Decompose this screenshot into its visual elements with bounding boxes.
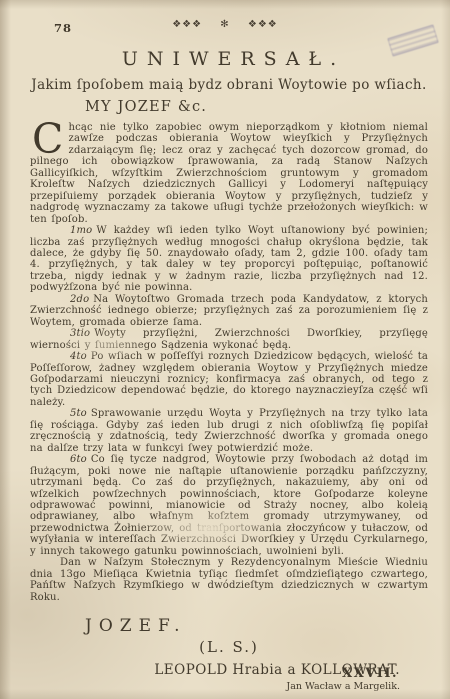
- article-4-ordinal: 4to: [70, 351, 87, 362]
- article-2: 2doNa Woytoſtwo Gromada trzech poda Kand…: [30, 294, 428, 328]
- article-3-ordinal: 3tio: [70, 328, 90, 339]
- article-2-ordinal: 2do: [70, 294, 89, 305]
- catalog-numeral: XXVII.: [342, 666, 398, 681]
- ornament-right-icon: ❖❖❖: [248, 19, 278, 30]
- article-2-text: Na Woytoſtwo Gromada trzech poda Kandyda…: [30, 294, 428, 328]
- article-1: 1moW każdey wſi ieden tylko Woyt uſtanow…: [30, 225, 428, 294]
- article-4: 4toPo wſiach w poſſeſſyi roznych Dziedzi…: [30, 351, 428, 408]
- header-ornament-row: ❖❖❖ ✻ ❖❖❖: [0, 19, 450, 30]
- article-5: 5toSprawowanie urzędu Woyta y Przyſiężny…: [30, 408, 428, 454]
- ornament-left-icon: ❖❖❖: [172, 19, 202, 30]
- emperor-signature: JOZEF.: [85, 616, 428, 636]
- dateline-paragraph: Dan w Naſzym Stołecznym y Rezydencyonaln…: [30, 557, 428, 603]
- article-1-ordinal: 1mo: [70, 225, 92, 236]
- article-3: 3tioWoyty przyſiężni, Zwierzchności Dwor…: [30, 328, 428, 351]
- secretary-signature: Jan Wacław a Margelik.: [30, 681, 428, 692]
- body-text: Chcąc nie tylko zapobiec owym nieporządk…: [30, 122, 428, 603]
- document-subtitle: Jakim ſpoſobem maią bydz obrani Woytowie…: [30, 77, 428, 93]
- royal-salutation: MY JOZEF &c.: [85, 99, 428, 115]
- drop-cap: C: [30, 122, 69, 155]
- intro-paragraph-text: hcąc nie tylko zapobiec owym nieporządko…: [30, 122, 428, 225]
- document-title: UNIWERSAŁ.: [30, 48, 428, 70]
- article-6-text: Co ſię tycze nadgrod, Woytowie przy ſwob…: [30, 454, 428, 557]
- seal-mark: (L. S.): [30, 638, 428, 656]
- article-5-ordinal: 5to: [70, 408, 87, 419]
- scanned-document-page: 78 ❖❖❖ ✻ ❖❖❖ UNIWERSAŁ. Jakim ſpoſobem m…: [0, 0, 450, 699]
- article-6-ordinal: 6to: [70, 454, 87, 465]
- document-body: UNIWERSAŁ. Jakim ſpoſobem maią bydz obra…: [30, 42, 428, 692]
- intro-paragraph: Chcąc nie tylko zapobiec owym nieporządk…: [30, 122, 428, 225]
- ornament-rosette-icon: ✻: [220, 19, 229, 30]
- article-6: 6toCo ſię tycze nadgrod, Woytowie przy ſ…: [30, 454, 428, 557]
- article-5-text: Sprawowanie urzędu Woyta y Przyſiężnych …: [30, 408, 428, 453]
- article-4-text: Po wſiach w poſſeſſyi roznych Dziedzicow…: [30, 351, 428, 408]
